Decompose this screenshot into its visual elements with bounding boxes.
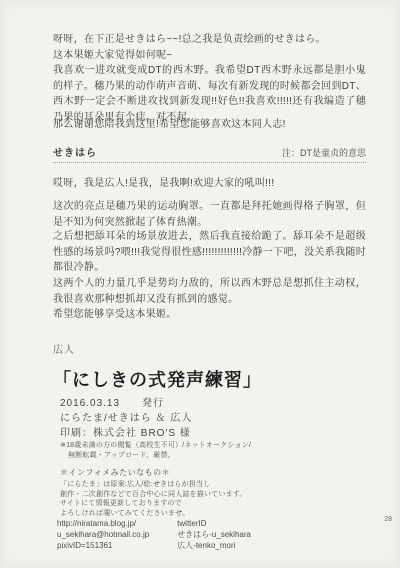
hiroto-greeting: 哎呀，我是広人!是我，是我啊!欢迎大家的吼叫!!! — [53, 176, 366, 192]
email-address: u_sekihara@hotmail.co.jp — [57, 529, 149, 540]
info-line-2: 創作・二次創作などで百合中心に同人誌を描いています。 — [60, 490, 366, 500]
warning-line-1: ※18歳未満の方の閲覧（高校生不可）/ネットオークション/ — [60, 441, 366, 451]
info-line-4: よろしければ覗いてみてくださいませ。 — [60, 509, 366, 519]
hiroto-signature: 広人 — [53, 341, 366, 356]
info-block: ＊インフォメみたいなもの＊ 「にらたま」は原案:広人/絵:せきはらが担当し 創作… — [60, 467, 366, 518]
hiroto-paragraph-4: 希望您能够享受这本果姬。 — [53, 307, 366, 323]
doujinshi-afterword-page: 呀呀，在下正是せきはら~~!总之我是负责绘画的せきはら。 这本果姬大家觉得如何呢… — [0, 0, 400, 568]
sekihara-question-line: 这本果姬大家觉得如何呢~ — [53, 48, 366, 64]
sekihara-thanks-line: 那么谢谢您陪我到这里!希望您能够喜欢这本同人志! — [53, 117, 366, 133]
sekihara-paragraph: 我喜欢一进攻就变成DT的西木野。我希望DT西木野永远都是胆小鬼的样子。穗乃果的动… — [53, 63, 366, 125]
warning-line-2: 無断転載・アップロード、厳禁。 — [60, 451, 366, 461]
twitter-id-header: twitterID — [177, 518, 251, 529]
contact-right-column: twitterID せきはら-u_sekihara 広人-tenko_mori — [177, 518, 251, 551]
sekihara-comment-block: 呀呀，在下正是せきはら~~!总之我是负责绘画的せきはら。 这本果姬大家觉得如何呢… — [53, 32, 366, 125]
book-title: 「にしきの式発声練習」 — [53, 366, 366, 392]
printer-line: 印刷：株式会社 BRO'S 様 — [60, 426, 366, 441]
info-line-1: 「にらたま」は原案:広人/絵:せきはらが担当し — [60, 480, 366, 490]
publication-date-line: 2016.03.13 発行 — [60, 396, 366, 411]
warning-block: ※18歳未満の方の閲覧（高校生不可）/ネットオークション/ 無断転載・アップロー… — [60, 441, 366, 460]
hiroto-paragraph-3: 这两个人的力量几乎是势均力敌的，所以西木野总是想抓住主动权，我很喜欢那种想抓却又… — [53, 276, 366, 307]
blog-url: http://niratama.blog.jp/ — [57, 518, 149, 529]
twitter-id-hiroto: 広人-tenko_mori — [177, 540, 251, 551]
contact-left-column: http://niratama.blog.jp/ u_sekihara@hotm… — [57, 518, 149, 551]
sekihara-signature: せきはら — [53, 144, 97, 159]
contact-block: http://niratama.blog.jp/ u_sekihara@hotm… — [57, 518, 251, 551]
page-number: 28 — [384, 516, 392, 523]
info-line-3: サイトにて情報更新しておりますので — [60, 499, 366, 509]
dt-footnote: 注：DT是童贞的意思 — [282, 146, 366, 159]
pixiv-id: pixivID=151361 — [57, 540, 149, 551]
hiroto-paragraph-1: 这次的亮点是穗乃果的运动胸罩。一直都是拜托她画得格子胸罩，但是不知为何突然掀起了… — [53, 199, 366, 230]
hiroto-paragraph-2: 之后想把舔耳朵的场景放进去，然后我直接给跪了。舔耳朵不是超级性感的场景吗?喂!!… — [53, 229, 366, 276]
section-divider — [53, 162, 366, 163]
twitter-id-sekihara: せきはら-u_sekihara — [177, 529, 251, 540]
sekihara-signature-row: せきはら 注：DT是童贞的意思 — [53, 144, 366, 159]
info-header: ＊インフォメみたいなもの＊ — [60, 467, 366, 478]
sekihara-intro-line: 呀呀，在下正是せきはら~~!总之我是负责绘画的せきはら。 — [53, 32, 366, 48]
authors-line: にらたま/せきはら ＆ 広人 — [60, 411, 366, 426]
